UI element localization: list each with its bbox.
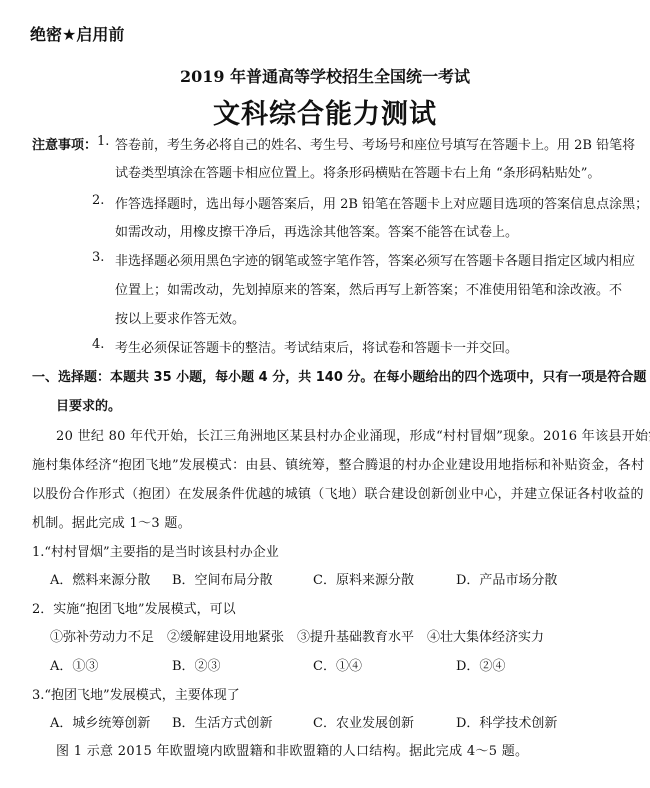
question-2-option-d: D．②④ [456, 655, 505, 674]
notice-item-2-num: 2. [92, 193, 104, 208]
question-1-stem: 1.“村村冒烟”主要指的是当时该县村办企业 [32, 541, 279, 560]
passage-line-2: 施村集体经济“抱团飞地”发展模式：由县、镇统筹，整合腾退的村办企业建设用地指标和… [32, 454, 644, 473]
figure-intro: 图 1 示意 2015 年欧盟境内欧盟籍和非欧盟籍的人口结构。据此完成 4～5 … [56, 740, 528, 759]
question-2-option-c: C．①④ [313, 655, 362, 674]
passage-line-3: 以股份合作形式（抱团）在发展条件优越的城镇（飞地）联合建设创新创业中心，并建立保… [32, 483, 644, 502]
notice-item-3-line-3: 按以上要求作答无效。 [115, 308, 245, 327]
passage-line-4: 机制。据此完成 1～3 题。 [32, 512, 191, 531]
question-1-option-b: B．空间布局分散 [172, 569, 273, 588]
question-2-option-a: A．①③ [50, 655, 98, 674]
notice-item-3-num: 3. [92, 250, 104, 265]
question-2-option-b: B．②③ [172, 655, 221, 674]
notice-label: 注意事项： [32, 134, 97, 153]
notice-item-1-num: 1. [97, 134, 109, 149]
notice-item-2-line-2: 如需改动，用橡皮擦干净后，再选涂其他答案。答案不能答在试卷上。 [115, 221, 518, 240]
secret-mark: 绝密★启用前 [30, 22, 124, 45]
notice-item-4-line-1: 考生必须保证答题卡的整洁。考试结束后，将试卷和答题卡一并交回。 [115, 337, 518, 356]
notice-item-3-line-1: 非选择题必须用黑色字迹的钢笔或签字笔作答，答案必须写在答题卡各题目指定区域内相应 [115, 250, 635, 269]
question-3-stem: 3.“抱团飞地”发展模式，主要体现了 [32, 684, 240, 703]
question-3-option-d: D．科学技术创新 [456, 712, 557, 731]
notice-item-1-line-2: 试卷类型填涂在答题卡相应位置上。将条形码横贴在答题卡右上角 “条形码粘贴处”。 [115, 162, 600, 181]
question-1-option-c: C．原料来源分散 [313, 569, 414, 588]
question-1-option-d: D．产品市场分散 [456, 569, 557, 588]
question-2-statements: ①弥补劳动力不足 ②缓解建设用地紧张 ③提升基础教育水平 ④壮大集体经济实力 [50, 626, 544, 645]
notice-item-3-line-2: 位置上；如需改动，先划掉原来的答案，然后再写上新答案；不准使用铅笔和涂改液。不 [115, 279, 622, 298]
section-heading-line-1: 一、选择题：本题共 35 小题，每小题 4 分，共 140 分。在每小题给出的四… [32, 366, 646, 385]
notice-item-2-line-1: 作答选择题时，选出每小题答案后，用 2B 铅笔在答题卡上对应题目选项的答案信息点… [115, 193, 648, 212]
question-3-option-a: A．城乡统筹创新 [50, 712, 150, 731]
question-1-option-a: A．燃料来源分散 [50, 569, 150, 588]
section-heading-line-2: 目要求的。 [56, 395, 121, 414]
notice-item-4-num: 4. [92, 337, 104, 352]
question-3-option-b: B．生活方式创新 [172, 712, 273, 731]
question-3-option-c: C．农业发展创新 [313, 712, 414, 731]
paper-title: 文科综合能力测试 [0, 92, 650, 131]
question-2-stem: 2．实施“抱团飞地”发展模式，可以 [32, 598, 236, 617]
passage-line-1: 20 世纪 80 年代开始，长江三角洲地区某县村办企业涌现，形成“村村冒烟”现象… [56, 425, 650, 444]
exam-name: 2019 年普通高等学校招生全国统一考试 [0, 64, 650, 87]
notice-item-1-line-1: 答卷前，考生务必将自己的姓名、考生号、考场号和座位号填写在答题卡上。用 2B 铅… [115, 134, 635, 153]
